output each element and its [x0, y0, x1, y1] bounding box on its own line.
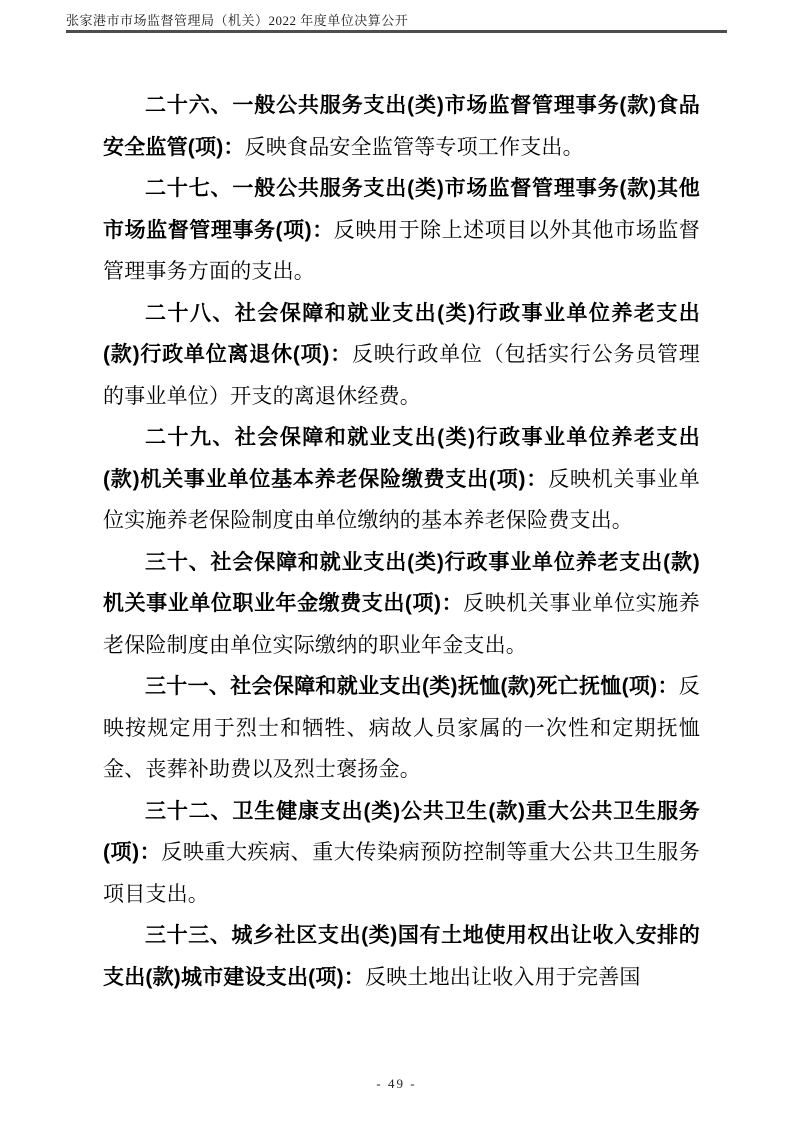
paragraph: 三十二、卫生健康支出(类)公共卫生(款)重大公共卫生服务(项)：反映重大疾病、重… [103, 791, 700, 916]
paragraph-heading: 三十一、社会保障和就业支出(类)抚恤(款)死亡抚恤(项)： [145, 675, 679, 698]
paragraph: 二十九、社会保障和就业支出(类)行政事业单位养老支出(款)机关事业单位基本养老保… [103, 417, 700, 542]
paragraph-text: 反映重大疾病、重大传染病预防控制等重大公共卫生服务项目支出。 [103, 840, 700, 906]
page-footer: - 49 - [0, 1076, 793, 1092]
paragraph-text: 反映土地出让收入用于完善国 [365, 965, 641, 989]
document-page: 张家港市市场监督管理局（机关）2022 年度单位决算公开 二十六、一般公共服务支… [0, 0, 793, 1122]
paragraph: 二十七、一般公共服务支出(类)市场监督管理事务(款)其他市场监督管理事务(项)：… [103, 168, 700, 293]
paragraph: 三十、社会保障和就业支出(类)行政事业单位养老支出(款)机关事业单位职业年金缴费… [103, 542, 700, 667]
paragraph: 二十八、社会保障和就业支出(类)行政事业单位养老支出(款)行政单位离退休(项)：… [103, 293, 700, 418]
header-title: 张家港市市场监督管理局（机关）2022 年度单位决算公开 [66, 10, 408, 29]
page-number: - 49 - [376, 1076, 416, 1091]
document-body: 二十六、一般公共服务支出(类)市场监督管理事务(款)食品安全监管(项)：反映食品… [103, 85, 700, 998]
paragraph: 三十一、社会保障和就业支出(类)抚恤(款)死亡抚恤(项)：反映按规定用于烈士和牺… [103, 666, 700, 791]
header-rule [66, 30, 727, 33]
paragraph: 三十三、城乡社区支出(类)国有土地使用权出让收入安排的支出(款)城市建设支出(项… [103, 915, 700, 998]
paragraph-text: 反映食品安全监管等专项工作支出。 [245, 135, 584, 159]
paragraph: 二十六、一般公共服务支出(类)市场监督管理事务(款)食品安全监管(项)：反映食品… [103, 85, 700, 168]
